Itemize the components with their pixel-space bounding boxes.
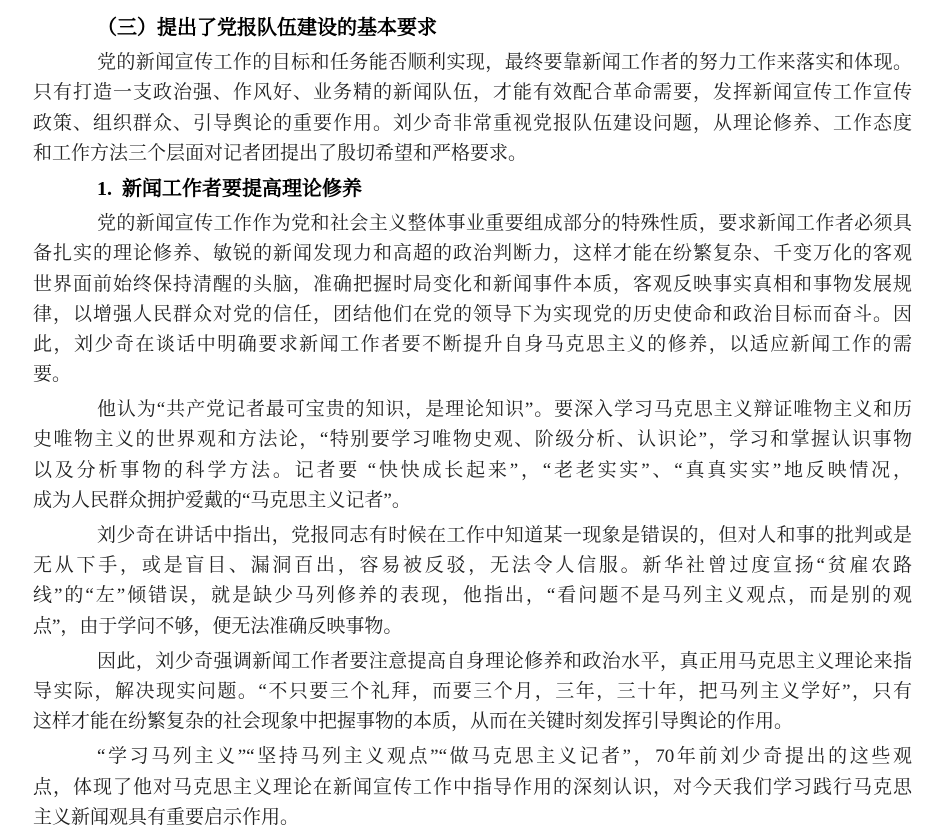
body-line: 律，以增强人民群众对党的信任，团结他们在党的领导下为实现党的历史使命和政治目标而… (33, 300, 912, 330)
body-line: “学习马列主义”“坚持马列主义观点”“做马克思主义记者”，70年前刘少奇提出的这… (33, 742, 912, 772)
clipped-top-line: 思想和方法对实际工作也具有重要指导意义。 (33, 0, 912, 7)
body-line: 这样才能在纷繁复杂的社会现象中把握事物的本质，从而在关键时刻发挥引导舆论的作用。 (33, 707, 912, 737)
body-line: 线”的“左”倾错误，就是缺少马列修养的表现，他指出，“看问题不是马列主义观点，而… (33, 581, 912, 611)
body-line: 无从下手，或是盲目、漏洞百出，容易被反驳，无法令人信服。新华社曾过度宣扬“贫雇农… (33, 551, 912, 581)
body-line: 导实际，解决现实问题。“不只要三个礼拜，而要三个月，三年，三十年，把马列主义学好… (33, 677, 912, 707)
body-line: 党的新闻宣传工作作为党和社会主义整体事业重要组成部分的特殊性质，要求新闻工作者必… (33, 209, 912, 239)
body-line: 要。 (33, 360, 912, 390)
body-line: 因此，刘少奇强调新闻工作者要注意提高自身理论修养和政治水平，真正用马克思主义理论… (33, 647, 912, 677)
document-content: 思想和方法对实际工作也具有重要指导意义。 （三）提出了党报队伍建设的基本要求党的… (33, 0, 912, 833)
paragraph: 刘少奇在讲话中指出，党报同志有时候在工作中知道某一现象是错误的，但对人和事的批判… (33, 521, 912, 642)
body-line: 党的新闻宣传工作的目标和任务能否顺利实现，最终要靠新闻工作者的努力工作来落实和体… (33, 48, 912, 78)
section-heading: （三）提出了党报队伍建设的基本要求 (33, 13, 912, 43)
paragraph: 党的新闻宣传工作的目标和任务能否顺利实现，最终要靠新闻工作者的努力工作来落实和体… (33, 48, 912, 169)
body-line: 点”，由于学问不够，便无法准确反映事物。 (33, 612, 912, 642)
body-line: 成为人民群众拥护爱戴的“马克思主义记者”。 (33, 486, 912, 516)
body-line: 点，体现了他对马克思主义理论在新闻宣传工作中指导作用的深刻认识，对今天我们学习践… (33, 773, 912, 803)
paragraph: 党的新闻宣传工作作为党和社会主义整体事业重要组成部分的特殊性质，要求新闻工作者必… (33, 209, 912, 390)
body-line: 此，刘少奇在谈话中明确要求新闻工作者要不断提升自身马克思主义的修养，以适应新闻工… (33, 330, 912, 360)
body-line: 以及分析事物的科学方法。记者要 “快快成长起来”，“老老实实”、“真真实实”地反… (33, 456, 912, 486)
body-line: 政策、组织群众、引导舆论的重要作用。刘少奇非常重视党报队伍建设问题，从理论修养、… (33, 109, 912, 139)
body-line: 只有打造一支政治强、作风好、业务精的新闻队伍，才能有效配合革命需要，发挥新闻宣传… (33, 78, 912, 108)
paragraph: “学习马列主义”“坚持马列主义观点”“做马克思主义记者”，70年前刘少奇提出的这… (33, 742, 912, 833)
body-line: 主义新闻观具有重要启示作用。 (33, 803, 912, 833)
paragraph: 因此，刘少奇强调新闻工作者要注意提高自身理论修养和政治水平，真正用马克思主义理论… (33, 647, 912, 738)
heading-line: 1. 新闻工作者要提高理论修养 (33, 174, 912, 204)
body-line: 史唯物主义的世界观和方法论，“特别要学习唯物史观、阶级分析、认识论”，学习和掌握… (33, 425, 912, 455)
body-line: 他认为“共产党记者最可宝贵的知识，是理论知识”。要深入学习马克思主义辩证唯物主义… (33, 395, 912, 425)
subsection-heading: 1. 新闻工作者要提高理论修养 (33, 174, 912, 204)
body-line: 刘少奇在讲话中指出，党报同志有时候在工作中知道某一现象是错误的，但对人和事的批判… (33, 521, 912, 551)
body-line: 世界面前始终保持清醒的头脑，准确把握时局变化和新闻事件本质，客观反映事实真相和事… (33, 270, 912, 300)
body-line: 备扎实的理论修养、敏锐的新闻发现力和高超的政治判断力，这样才能在纷繁复杂、千变万… (33, 239, 912, 269)
body-line: 和工作方法三个层面对记者团提出了殷切希望和严格要求。 (33, 139, 912, 169)
paragraph: 他认为“共产党记者最可宝贵的知识，是理论知识”。要深入学习马克思主义辩证唯物主义… (33, 395, 912, 516)
clipped-top-line-text: 思想和方法对实际工作也具有重要指导意义。 (33, 0, 912, 7)
document-page: 思想和方法对实际工作也具有重要指导意义。 （三）提出了党报队伍建设的基本要求党的… (0, 0, 948, 836)
heading-line: （三）提出了党报队伍建设的基本要求 (33, 13, 912, 43)
